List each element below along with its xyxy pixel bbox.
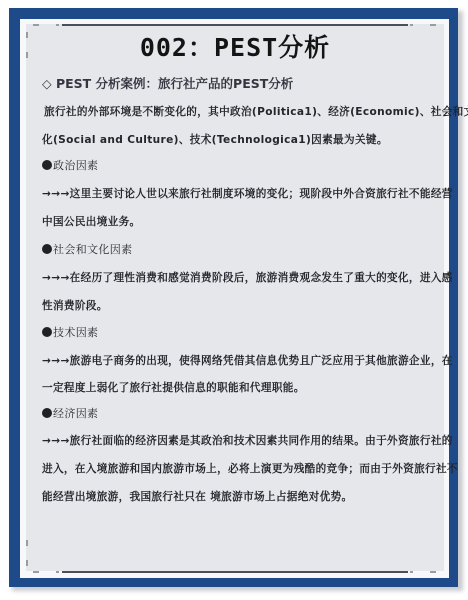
side-dash [26, 540, 28, 546]
intro-line: 化(Social and Culture)、技术(Technologica1)因… [42, 132, 388, 148]
corner-dash [410, 24, 413, 26]
body-line: 性消费阶段。 [42, 298, 108, 314]
section-subtitle: ◇ PEST 分析案例：旅行社产品的PEST分析 [42, 75, 293, 93]
bullet-icon [42, 327, 52, 337]
section-heading-economy: 经济因素 [42, 406, 98, 422]
corner-dash [430, 24, 436, 26]
heading-label: 技术因素 [53, 326, 98, 339]
bottom-rule [62, 571, 408, 573]
top-rule [62, 24, 408, 26]
side-dash [26, 560, 28, 566]
section-heading-politics: 政治因素 [42, 158, 98, 174]
section-heading-social: 社会和文化因素 [42, 242, 132, 258]
corner-dash [33, 571, 39, 573]
corner-dash [410, 571, 413, 573]
bullet-icon [42, 160, 52, 170]
body-line: →→→这里主要讨论人世以来旅行社制度环境的变化；现阶段中外合资旅行社不能经营 [42, 186, 453, 202]
corner-dash [33, 24, 39, 26]
body-line: 中国公民出境业务。 [42, 214, 141, 230]
bullet-icon [42, 408, 52, 418]
body-line: →→→旅行社面临的经济因素是其政治和技术因素共同作用的结果。由于外资旅行社的 [42, 433, 453, 449]
heading-label: 政治因素 [53, 159, 98, 172]
corner-dash [56, 571, 59, 573]
body-line: →→→在经历了理性消费和感觉消费阶段后，旅游消费观念发生了重大的变化，进入感 [42, 270, 453, 286]
section-heading-technology: 技术因素 [42, 325, 98, 341]
body-line: →→→旅游电子商务的出现，使得网络凭借其信息优势且广泛应用于其他旅游企业，在 [42, 353, 453, 369]
body-line: 进入，在入境旅游和国内旅游市场上，必将上演更为残酷的竞争；而由于外资旅行社不 [42, 461, 458, 477]
page-title: 002：PEST分析 [26, 33, 444, 63]
intro-line: 旅行社的外部环境是不断变化的，其中政治(Politica1)、经济(Econom… [44, 104, 468, 120]
heading-label: 社会和文化因素 [53, 243, 132, 256]
heading-label: 经济因素 [53, 407, 98, 420]
corner-dash [430, 571, 436, 573]
body-line: 能经营出境旅游，我国旅行社只在 境旅游市场上占据绝对优势。 [42, 489, 352, 505]
body-line: 一定程度上弱化了旅行社提供信息的职能和代理职能。 [42, 380, 305, 396]
corner-dash [56, 24, 59, 26]
bullet-icon [42, 244, 52, 254]
